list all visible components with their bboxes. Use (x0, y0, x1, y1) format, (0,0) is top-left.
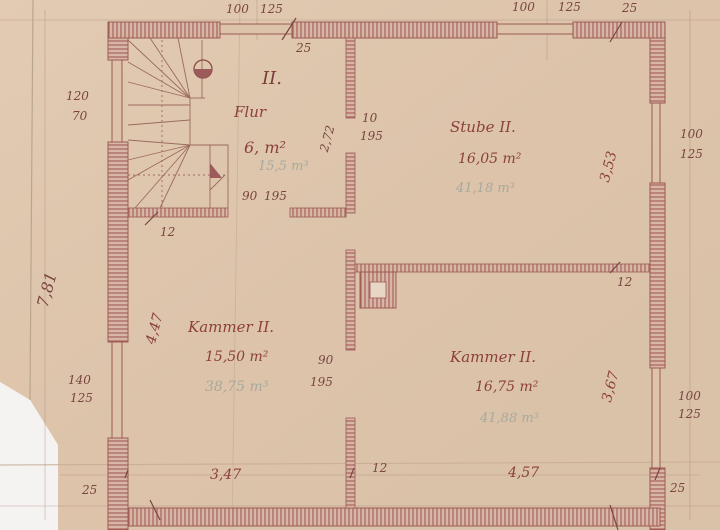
flur-name: Flur (234, 105, 266, 120)
kammer-left-area: 15,50 m² (205, 350, 268, 364)
dim-right-window-bottom-a: 100 (678, 390, 701, 402)
dim-left-window-top-a: 120 (66, 90, 89, 102)
dim-door-kammer-bottom: 195 (310, 376, 333, 388)
kammer-right-volume: 41,88 m³ (480, 412, 539, 425)
dim-door-flur-bottom-right: 195 (264, 190, 287, 202)
kammer-left-volume: 38,75 m³ (205, 380, 268, 394)
flur-volume: 15,5 m³ (258, 160, 309, 173)
dim-top-window-left-bottom: 125 (260, 3, 283, 15)
stube-area: 16,05 m² (458, 152, 521, 166)
flur-area: 6, m² (244, 140, 286, 156)
dim-right-window-top-b: 125 (680, 148, 703, 160)
dim-door-flur-stube-bottom: 195 (360, 130, 383, 142)
flur-level-label: II. (262, 70, 282, 88)
dim-left-window-bottom-a: 140 (68, 374, 91, 386)
floor-plan-sheet: 100 125 25 100 125 25 120 70 140 125 7,8… (0, 0, 720, 530)
dim-door-flur-bottom-left: 90 (242, 190, 257, 202)
dim-top-window-left-wall: 25 (296, 42, 311, 54)
dim-bottom-right-wall: 25 (670, 482, 685, 494)
dim-door-kammer-top: 90 (318, 354, 333, 366)
dim-bottom-left-wall: 25 (82, 484, 97, 496)
dim-left-window-top-b: 70 (72, 110, 87, 122)
dim-stair-wall: 12 (160, 226, 175, 238)
dim-top-window-right-bottom: 125 (558, 1, 581, 13)
kammer-left-name: Kammer II. (188, 320, 274, 335)
dim-door-flur-stube-top: 10 (362, 112, 377, 124)
stube-name: Stube II. (450, 120, 516, 135)
dim-right-window-bottom-b: 125 (678, 408, 701, 420)
dim-left-window-bottom-b: 125 (70, 392, 93, 404)
dim-bottom-mid-wall: 12 (372, 462, 387, 474)
dim-kammer-left-width: 3,47 (210, 468, 241, 482)
stube-volume: 41,18 m³ (456, 182, 515, 195)
dim-partition-wall: 12 (617, 276, 632, 288)
dim-top-window-right-top: 100 (512, 1, 535, 13)
kammer-right-area: 16,75 m² (475, 380, 538, 394)
floor-plan-drawing (0, 0, 720, 530)
dim-top-window-right-wall: 25 (622, 2, 637, 14)
dim-top-window-left-top: 100 (226, 3, 249, 15)
dim-kammer-right-width: 4,57 (508, 466, 539, 480)
kammer-right-name: Kammer II. (450, 350, 536, 365)
dim-right-window-top-a: 100 (680, 128, 703, 140)
